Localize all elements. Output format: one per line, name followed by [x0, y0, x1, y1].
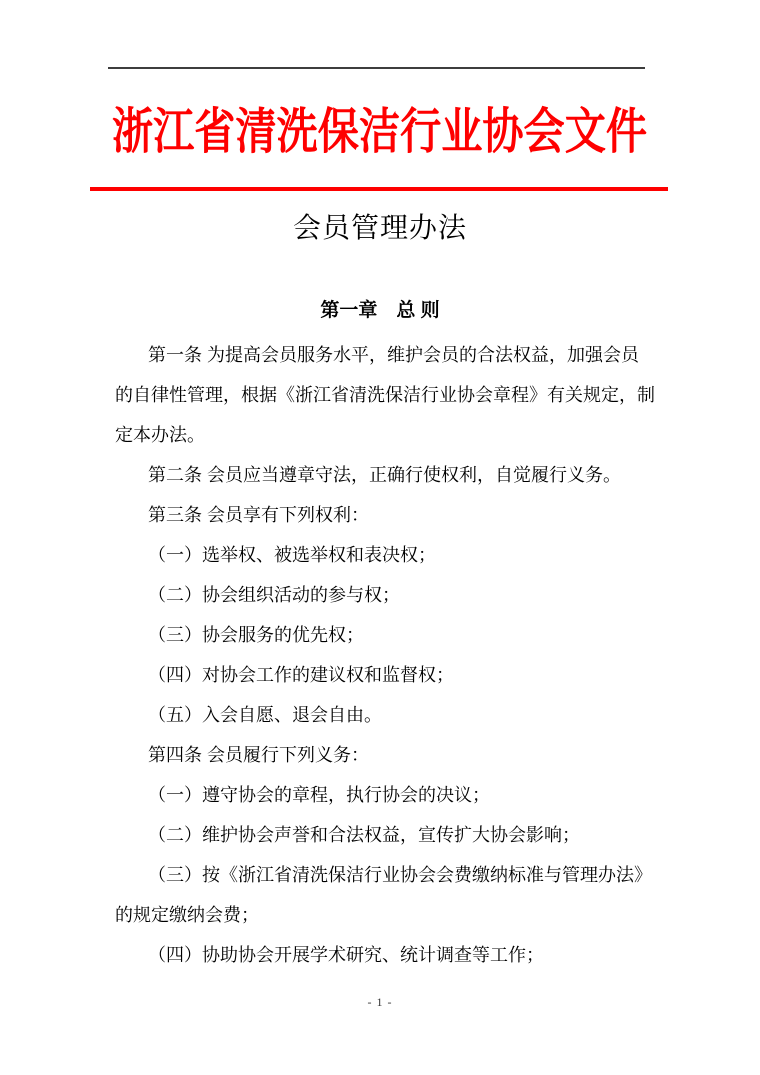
- body-line: （二）协会组织活动的参与权；: [115, 575, 675, 615]
- body-line: 第二条 会员应当遵章守法，正确行使权利，自觉履行义务。: [115, 455, 675, 495]
- body-text: 第一条 为提高会员服务水平，维护会员的合法权益，加强会员的自律性管理，根据《浙江…: [115, 335, 675, 975]
- org-title-text: 浙江省清洗保洁行业协会文件: [112, 102, 647, 162]
- body-line: 的自律性管理，根据《浙江省清洗保洁行业协会章程》有关规定，制: [115, 375, 675, 415]
- document-page: 浙江省清洗保洁行业协会文件 会员管理办法 第一章 总 则 第一条 为提高会员服务…: [0, 0, 760, 1075]
- document-title: 会员管理办法: [0, 212, 760, 246]
- body-line: （三）按《浙江省清洗保洁行业协会会费缴纳标准与管理办法》: [115, 855, 675, 895]
- body-line: （一）遵守协会的章程，执行协会的决议；: [115, 775, 675, 815]
- chapter-heading: 第一章 总 则: [0, 299, 760, 323]
- body-line: 第一条 为提高会员服务水平，维护会员的合法权益，加强会员: [115, 335, 675, 375]
- body-line: （二）维护协会声誉和合法权益，宣传扩大协会影响；: [115, 815, 675, 855]
- body-line: （三）协会服务的优先权；: [115, 615, 675, 655]
- body-line: （四）对协会工作的建议权和监督权；: [115, 655, 675, 695]
- top-divider-rule: [108, 67, 645, 69]
- org-title: 浙江省清洗保洁行业协会文件: [0, 102, 760, 162]
- body-line: （五）入会自愿、退会自由。: [115, 695, 675, 735]
- body-line: 第三条 会员享有下列权利：: [115, 495, 675, 535]
- page-number: - 1 -: [0, 994, 760, 1010]
- body-line: （四）协助协会开展学术研究、统计调查等工作；: [115, 935, 675, 975]
- red-divider-rule: [90, 187, 668, 191]
- body-line: 第四条 会员履行下列义务：: [115, 735, 675, 775]
- body-line: （一）选举权、被选举权和表决权；: [115, 535, 675, 575]
- body-line: 定本办法。: [115, 415, 675, 455]
- body-line: 的规定缴纳会费；: [115, 895, 675, 935]
